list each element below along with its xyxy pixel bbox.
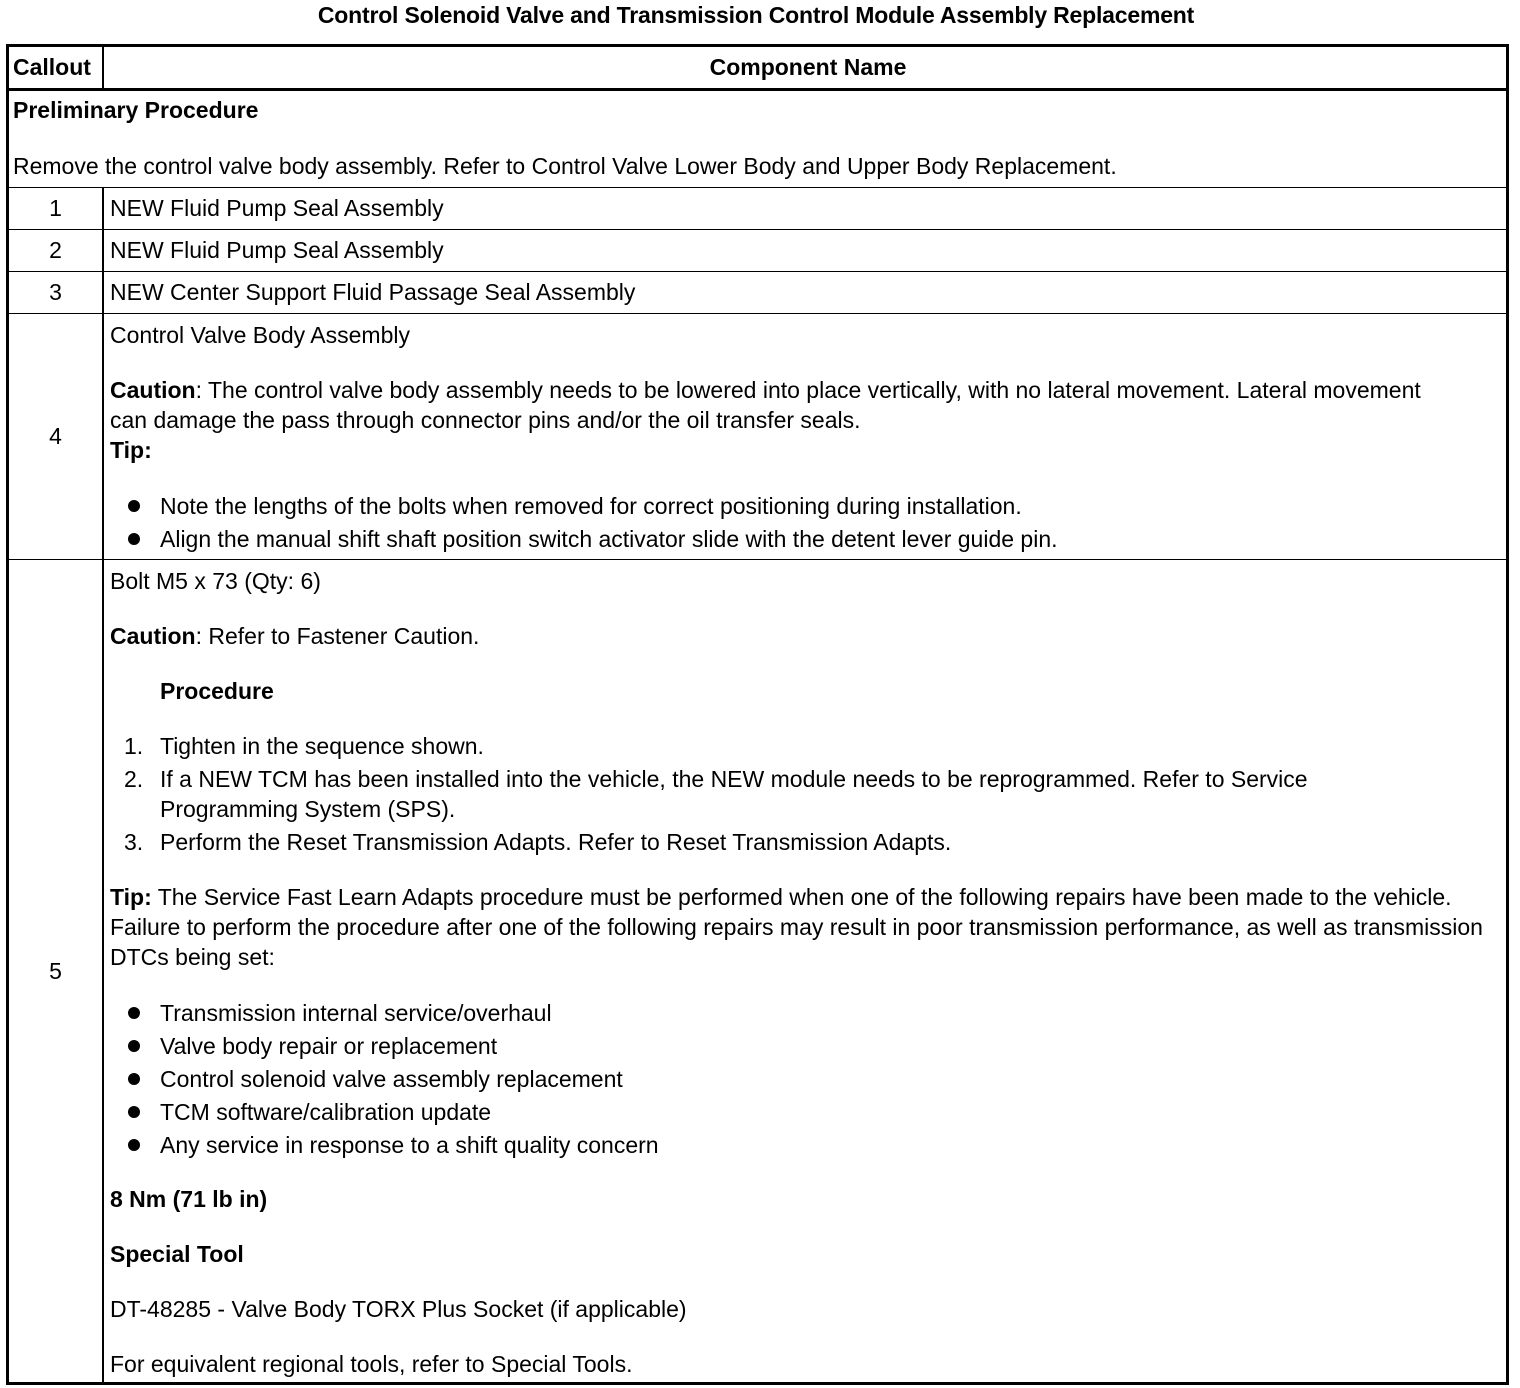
list-item: Align the manual shift shaft position sw… — [110, 523, 1446, 556]
regional-tools-note: For equivalent regional tools, refer to … — [110, 1349, 1486, 1379]
table-row: 1 NEW Fluid Pump Seal Assembly — [9, 188, 1506, 230]
bullet-icon — [128, 1040, 140, 1052]
preliminary-procedure: Preliminary Procedure Remove the control… — [9, 91, 1506, 188]
procedure-heading: Procedure — [110, 676, 1486, 706]
callout-number: 5 — [9, 560, 104, 1382]
table-header: Callout Component Name — [9, 47, 1506, 91]
repairs-list: Transmission internal service/overhaul V… — [110, 997, 1486, 1162]
bullet-icon — [128, 1073, 140, 1085]
callout-number: 4 — [9, 314, 104, 559]
torque-spec: 8 Nm (71 lb in) — [110, 1184, 1486, 1214]
page-title: Control Solenoid Valve and Transmission … — [0, 0, 1512, 30]
component-name: NEW Fluid Pump Seal Assembly — [104, 188, 1506, 229]
list-item: Transmission internal service/overhaul — [110, 997, 1486, 1030]
bullet-icon — [128, 1106, 140, 1118]
bullet-icon — [128, 500, 140, 512]
list-item: Valve body repair or replacement — [110, 1030, 1486, 1063]
list-item: 2.If a NEW TCM has been installed into t… — [110, 764, 1486, 824]
header-callout: Callout — [9, 47, 104, 88]
table-row: 5 Bolt M5 x 73 (Qty: 6) Caution: Refer t… — [9, 560, 1506, 1382]
component-name: Bolt M5 x 73 (Qty: 6) — [110, 566, 1486, 596]
list-item: TCM software/calibration update — [110, 1096, 1486, 1129]
bullet-icon — [128, 1139, 140, 1151]
table-row: 3 NEW Center Support Fluid Passage Seal … — [9, 272, 1506, 314]
table-row: 2 NEW Fluid Pump Seal Assembly — [9, 230, 1506, 272]
component-name: NEW Fluid Pump Seal Assembly — [104, 230, 1506, 271]
tip-note: Tip: The Service Fast Learn Adapts proce… — [110, 882, 1486, 972]
list-item: Any service in response to a shift quali… — [110, 1129, 1486, 1162]
bullet-icon — [128, 1007, 140, 1019]
callout-number: 2 — [9, 230, 104, 271]
bullet-icon — [128, 533, 140, 545]
callout-number: 3 — [9, 272, 104, 313]
component-name: Control Valve Body Assembly — [110, 320, 1446, 350]
list-item: Note the lengths of the bolts when remov… — [110, 490, 1446, 523]
callout-number: 1 — [9, 188, 104, 229]
tip-list: Note the lengths of the bolts when remov… — [110, 490, 1446, 556]
component-table: Callout Component Name Preliminary Proce… — [6, 44, 1509, 1385]
preliminary-text: Remove the control valve body assembly. … — [13, 151, 1502, 181]
list-item: 1.Tighten in the sequence shown. — [110, 731, 1486, 761]
tip-label: Tip: — [110, 435, 1446, 465]
caution-note: Caution: The control valve body assembly… — [110, 375, 1446, 435]
procedure-steps: 1.Tighten in the sequence shown. 2.If a … — [110, 731, 1486, 857]
header-component-name: Component Name — [104, 47, 1506, 88]
component-name: NEW Center Support Fluid Passage Seal As… — [104, 272, 1506, 313]
preliminary-heading: Preliminary Procedure — [13, 95, 1502, 125]
table-row: 4 Control Valve Body Assembly Caution: T… — [9, 314, 1506, 560]
special-tool: DT-48285 - Valve Body TORX Plus Socket (… — [110, 1294, 1486, 1324]
caution-note: Caution: Refer to Fastener Caution. — [110, 621, 1486, 651]
special-tool-heading: Special Tool — [110, 1239, 1486, 1269]
list-item: Control solenoid valve assembly replacem… — [110, 1063, 1486, 1096]
list-item: 3.Perform the Reset Transmission Adapts.… — [110, 827, 1486, 857]
